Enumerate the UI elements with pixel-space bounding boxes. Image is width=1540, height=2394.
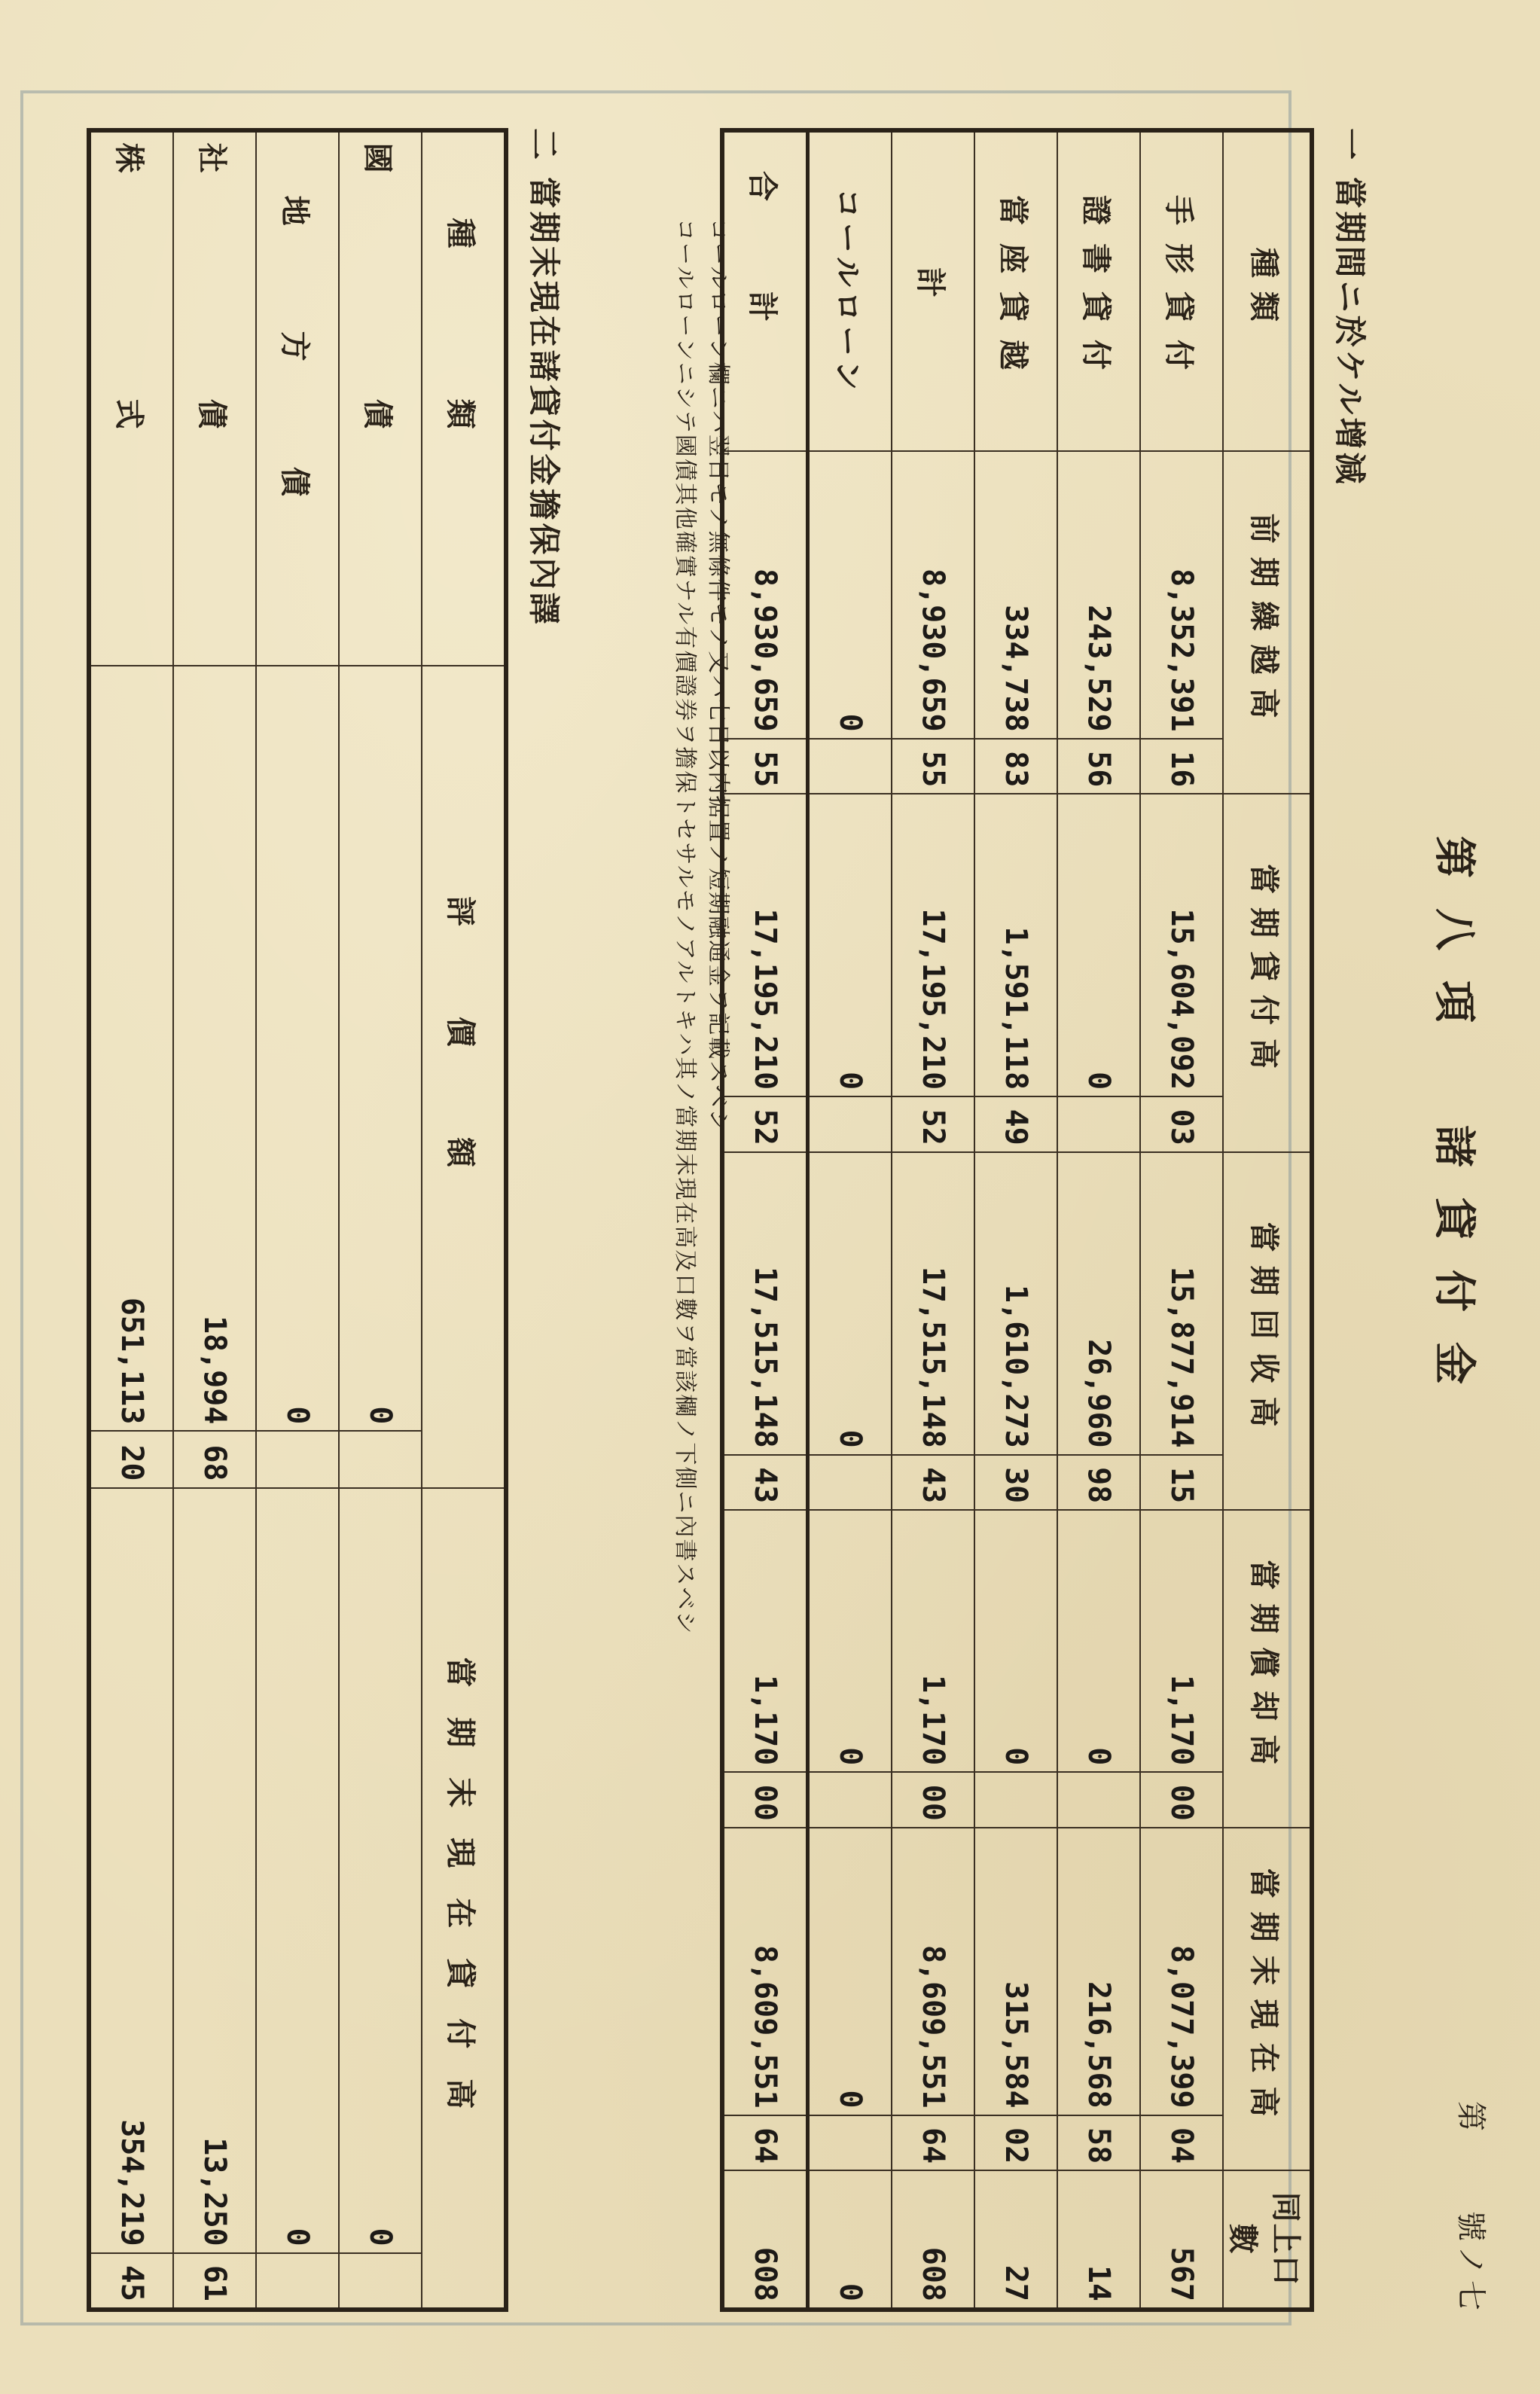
table-row: 地方債 0 0 xyxy=(256,130,339,2310)
count: 27 xyxy=(974,2170,1057,2310)
balance-yen: 13,250 xyxy=(173,1488,256,2253)
prev-balance-sen: 16 xyxy=(1140,739,1223,794)
collected-sen: 43 xyxy=(892,1455,974,1511)
table-row: 當座貸越 334,73883 1,591,11849 1,610,27330 0… xyxy=(974,130,1057,2310)
row-label: 手形貸付 xyxy=(1140,130,1223,451)
lent-sen: 03 xyxy=(1140,1096,1223,1152)
row-label: 株式 xyxy=(89,130,173,666)
balance-sen xyxy=(339,2253,422,2310)
balance-sen: 04 xyxy=(1140,2115,1223,2171)
column-header: 當期貸付高 xyxy=(1223,794,1312,1151)
table-row-subtotal: 計 8,930,65955 17,195,21052 17,515,14843 … xyxy=(892,130,974,2310)
valuation-yen: 18,994 xyxy=(173,666,256,1431)
lent-yen: 17,195,210 xyxy=(892,794,974,1096)
row-label: 國債 xyxy=(339,130,422,666)
written-off-sen: 00 xyxy=(1140,1772,1223,1828)
table-row: 國債 0 0 xyxy=(339,130,422,2310)
balance-yen: 8,609,551 xyxy=(892,1828,974,2115)
column-header: 同上口數 xyxy=(1223,2170,1312,2310)
prev-balance-yen: 8,352,391 xyxy=(1140,451,1223,739)
written-off-sen xyxy=(808,1772,892,1828)
table-header-row: 種類 評價額 當期末現在貸付高 xyxy=(422,130,506,2310)
lent-sen xyxy=(1057,1096,1140,1152)
row-label: 地方債 xyxy=(256,130,339,666)
balance-yen: 0 xyxy=(339,1488,422,2253)
collateral-breakdown-table: 種類 評價額 當期末現在貸付高 國債 0 0 地方債 0 0 社債 18,994… xyxy=(87,128,508,2312)
lent-yen: 1,591,118 xyxy=(974,794,1057,1096)
lent-sen: 52 xyxy=(722,1096,808,1152)
row-label: 當座貸越 xyxy=(974,130,1057,451)
prev-balance-yen: 243,529 xyxy=(1057,451,1140,739)
balance-sen: 61 xyxy=(173,2253,256,2310)
balance-sen xyxy=(808,2115,892,2171)
lent-yen: 17,195,210 xyxy=(722,794,808,1096)
balance-yen: 8,609,551 xyxy=(722,1828,808,2115)
table-header-row: 種類 前期繰越高 當期貸付高 當期回收高 當期償却高 當期末現在高 同上口數 xyxy=(1223,130,1312,2310)
collected-sen: 43 xyxy=(722,1455,808,1511)
valuation-yen: 651,113 xyxy=(89,666,173,1431)
column-header: 種類 xyxy=(1223,130,1312,451)
prev-balance-sen: 56 xyxy=(1057,739,1140,794)
count: 14 xyxy=(1057,2170,1140,2310)
balance-yen: 315,584 xyxy=(974,1828,1057,2115)
collected-sen: 98 xyxy=(1057,1455,1140,1511)
written-off-sen: 00 xyxy=(892,1772,974,1828)
prev-balance-yen: 0 xyxy=(808,451,892,739)
written-off-sen xyxy=(1057,1772,1140,1828)
lent-yen: 0 xyxy=(808,794,892,1096)
column-header: 評價額 xyxy=(422,666,506,1487)
prev-balance-sen xyxy=(808,739,892,794)
collected-sen: 15 xyxy=(1140,1455,1223,1511)
balance-yen: 354,219 xyxy=(89,1488,173,2253)
written-off-yen: 1,170 xyxy=(892,1510,974,1772)
lent-sen xyxy=(808,1096,892,1152)
footnotes: コールローン欄ニハ翌日モノ無條件モノ又ハ七日以内据置ノ短期融通金ヲ記載スベシ コ… xyxy=(668,218,734,1635)
table-row-call-loan: コールローン 0 0 0 0 0 0 xyxy=(808,130,892,2310)
prev-balance-sen: 83 xyxy=(974,739,1057,794)
valuation-yen: 0 xyxy=(256,666,339,1431)
count: 0 xyxy=(808,2170,892,2310)
row-label: コールローン xyxy=(808,130,892,451)
section1-title: 一 當期間ニ於ケル增減 xyxy=(1329,128,1374,487)
table-row: 證書貸付 243,52956 0 26,96098 0 216,56858 14 xyxy=(1057,130,1140,2310)
collected-yen: 26,960 xyxy=(1057,1152,1140,1455)
prev-balance-yen: 8,930,659 xyxy=(722,451,808,739)
written-off-sen xyxy=(974,1772,1057,1828)
count: 567 xyxy=(1140,2170,1223,2310)
column-header: 當期償却高 xyxy=(1223,1510,1312,1828)
row-label: 證書貸付 xyxy=(1057,130,1140,451)
prev-balance-sen: 55 xyxy=(892,739,974,794)
prev-balance-yen: 8,930,659 xyxy=(892,451,974,739)
row-label: 計 xyxy=(892,130,974,451)
collected-yen: 1,610,273 xyxy=(974,1152,1057,1455)
table-row: 手形貸付 8,352,39116 15,604,09203 15,877,914… xyxy=(1140,130,1223,2310)
prev-balance-yen: 334,738 xyxy=(974,451,1057,739)
column-header: 當期末現在貸付高 xyxy=(422,1488,506,2310)
valuation-sen: 20 xyxy=(89,1431,173,1487)
valuation-sen: 68 xyxy=(173,1431,256,1487)
collected-yen: 15,877,914 xyxy=(1140,1152,1223,1455)
balance-sen xyxy=(256,2253,339,2310)
written-off-yen: 0 xyxy=(808,1510,892,1772)
written-off-yen: 1,170 xyxy=(722,1510,808,1772)
collected-yen: 0 xyxy=(808,1152,892,1455)
section2-title: 二 當期末現在諸貸付金擔保內譯 xyxy=(523,128,569,627)
prev-balance-sen: 55 xyxy=(722,739,808,794)
balance-sen: 58 xyxy=(1057,2115,1140,2171)
balance-yen: 216,568 xyxy=(1057,1828,1140,2115)
document-title: 第八項 諸貸付金 xyxy=(1427,836,1487,1414)
written-off-yen: 0 xyxy=(974,1510,1057,1772)
balance-sen: 64 xyxy=(892,2115,974,2171)
column-header: 種類 xyxy=(422,130,506,666)
valuation-sen xyxy=(339,1431,422,1487)
collected-yen: 17,515,148 xyxy=(722,1152,808,1455)
table-row-total: 合計 8,930,65955 17,195,21052 17,515,14843… xyxy=(722,130,808,2310)
page-number-label: 第號ノ七 xyxy=(1452,2101,1495,2390)
valuation-sen xyxy=(256,1431,339,1487)
footnote: コールローンニシテ國債其他確實ナル有價證券ヲ擔保トセサルモノアルトキハ其ノ當期末… xyxy=(668,218,701,1635)
row-label: 社債 xyxy=(173,130,256,666)
loan-changes-table: 種類 前期繰越高 當期貸付高 當期回收高 當期償却高 當期末現在高 同上口數 手… xyxy=(720,128,1314,2312)
collected-sen xyxy=(808,1455,892,1511)
collected-yen: 17,515,148 xyxy=(892,1152,974,1455)
written-off-yen: 0 xyxy=(1057,1510,1140,1772)
balance-yen: 0 xyxy=(256,1488,339,2253)
table-row: 社債 18,99468 13,25061 xyxy=(173,130,256,2310)
written-off-yen: 1,170 xyxy=(1140,1510,1223,1772)
balance-sen: 64 xyxy=(722,2115,808,2171)
balance-sen: 02 xyxy=(974,2115,1057,2171)
table-row: 株式 651,11320 354,21945 xyxy=(89,130,173,2310)
row-label: 合計 xyxy=(722,130,808,451)
column-header: 前期繰越高 xyxy=(1223,451,1312,794)
count: 608 xyxy=(892,2170,974,2310)
column-header: 當期回收高 xyxy=(1223,1152,1312,1510)
lent-yen: 15,604,092 xyxy=(1140,794,1223,1096)
lent-sen: 49 xyxy=(974,1096,1057,1152)
column-header: 當期末現在高 xyxy=(1223,1828,1312,2170)
balance-yen: 8,077,399 xyxy=(1140,1828,1223,2115)
valuation-yen: 0 xyxy=(339,666,422,1431)
lent-yen: 0 xyxy=(1057,794,1140,1096)
lent-sen: 52 xyxy=(892,1096,974,1152)
balance-sen: 45 xyxy=(89,2253,173,2310)
count: 608 xyxy=(722,2170,808,2310)
collected-sen: 30 xyxy=(974,1455,1057,1511)
balance-yen: 0 xyxy=(808,1828,892,2115)
rotated-document: 第號ノ七 第八項 諸貸付金 一 當期間ニ於ケル增減 種類 前期繰越高 當期貸付高… xyxy=(0,0,1540,2394)
written-off-sen: 00 xyxy=(722,1772,808,1828)
footnote: コールローン欄ニハ翌日モノ無條件モノ又ハ七日以内据置ノ短期融通金ヲ記載スベシ xyxy=(701,218,734,1635)
